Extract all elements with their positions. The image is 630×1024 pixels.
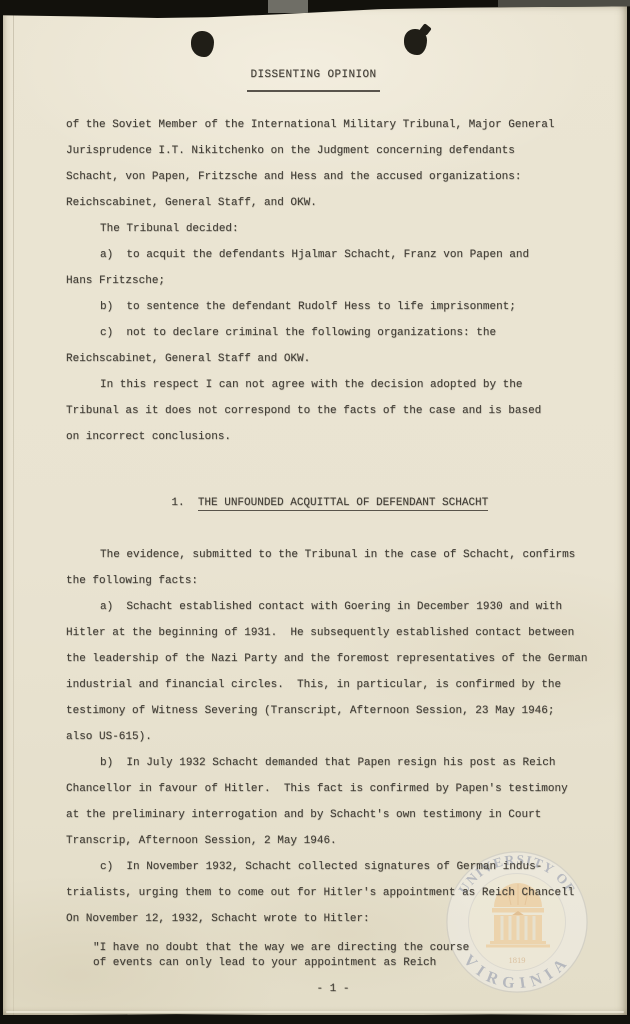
page-number: - 1 - [66, 976, 600, 1002]
document-line: Transcrip, Afternoon Session, 2 May 1946… [66, 828, 600, 854]
list-item-b: b) In July 1932 Schacht demanded that Pa… [66, 750, 600, 776]
document-line: Reichscabinet, General Staff, and OKW. [66, 190, 600, 216]
document-title: DISSENTING OPINION [0, 64, 627, 92]
document-line: of the Soviet Member of the Internationa… [66, 112, 600, 138]
list-item-b: b) to sentence the defendant Rudolf Hess… [66, 294, 600, 320]
scanner-band-patch [498, 0, 630, 7]
scanned-document-page: { "document": { "title": "DISSENTING OPI… [0, 0, 630, 1024]
section-heading: 1. THE UNFOUNDED ACQUITTAL OF DEFENDANT … [66, 464, 600, 542]
document-line: Hans Fritzsche; [66, 268, 600, 294]
title-text: DISSENTING OPINION [247, 69, 379, 92]
document-line: the leadership of the Nazi Party and the… [66, 646, 600, 672]
list-item-c: c) In November 1932, Schacht collected s… [66, 854, 600, 880]
document-line: Schacht, von Papen, Fritzsche and Hess a… [66, 164, 600, 190]
paper-bottom-edge [6, 1011, 624, 1013]
document-line: industrial and financial circles. This, … [66, 672, 600, 698]
document-body: of the Soviet Member of the Internationa… [66, 112, 600, 1002]
document-line: at the preliminary interrogation and by … [66, 802, 600, 828]
document-line: The Tribunal decided: [66, 216, 600, 242]
document-line: the following facts: [66, 568, 600, 594]
document-line: In this respect I can not agree with the… [66, 372, 600, 398]
block-quote-line: "I have no doubt that the way we are dir… [66, 941, 600, 956]
document-line: Jurisprudence I.T. Nikitchenko on the Ju… [66, 138, 600, 164]
document-line: Chancellor in favour of Hitler. This fac… [66, 776, 600, 802]
section-heading-text: THE UNFOUNDED ACQUITTAL OF DEFENDANT SCH… [198, 497, 488, 511]
document-line: testimony of Witness Severing (Transcrip… [66, 698, 600, 724]
paper-crease [13, 5, 14, 1015]
document-line: on incorrect conclusions. [66, 424, 600, 450]
section-number: 1. [171, 497, 197, 509]
document-line: also US-615). [66, 724, 600, 750]
document-line: trialists, urging them to come out for H… [66, 880, 600, 906]
punch-hole-left [191, 31, 214, 57]
block-quote-line: of events can only lead to your appointm… [66, 956, 600, 971]
block-quote: "I have no doubt that the way we are dir… [66, 941, 600, 971]
document-line: On November 12, 1932, Schacht wrote to H… [66, 906, 600, 932]
document-line: The evidence, submitted to the Tribunal … [66, 542, 600, 568]
document-line: Tribunal as it does not correspond to th… [66, 398, 600, 424]
document-line: Reichscabinet, General Staff and OKW. [66, 346, 600, 372]
list-item-a: a) Schacht established contact with Goer… [66, 594, 600, 620]
punch-hole-right [404, 29, 427, 55]
list-item-a: a) to acquit the defendants Hjalmar Scha… [66, 242, 600, 268]
document-line: Hitler at the beginning of 1931. He subs… [66, 620, 600, 646]
list-item-c: c) not to declare criminal the following… [66, 320, 600, 346]
scanner-band-patch [268, 0, 308, 13]
